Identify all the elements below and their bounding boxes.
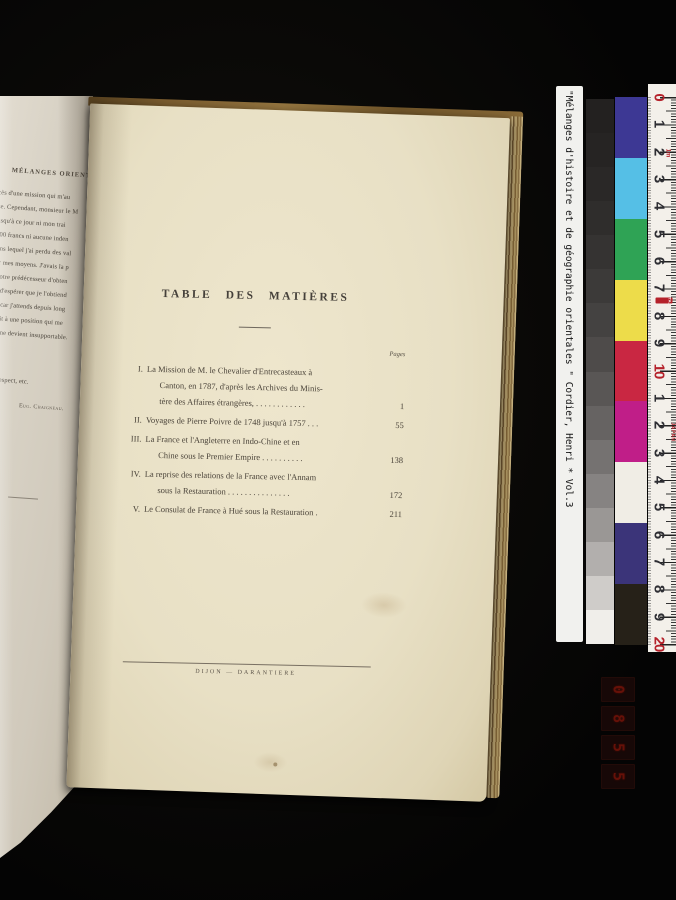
counter-cell: 5 xyxy=(601,764,635,789)
ruler-number: 8 xyxy=(650,307,668,324)
color-patch xyxy=(615,341,647,402)
ruler-brand-label: TAJIMA xyxy=(656,298,673,304)
color-strip xyxy=(615,97,647,645)
ruler-meter-label: 1m xyxy=(664,149,670,158)
gray-step xyxy=(586,542,614,576)
color-patch xyxy=(615,219,647,280)
toc-entry-text: Le Consulat de France à Hué sous la Rest… xyxy=(144,501,376,522)
ruler-numbers: 01234567891012345678920 xyxy=(648,84,676,652)
gray-step xyxy=(586,610,614,644)
ruler-number: 5 xyxy=(650,225,668,242)
color-patch xyxy=(615,462,647,523)
toc-entry-page: 172 xyxy=(376,487,402,504)
toc-entry-page: 211 xyxy=(376,506,402,523)
toc-entry-numeral: IV. xyxy=(123,465,145,481)
vertical-label-strip: "Mélanges d'histoire et de géographie or… xyxy=(556,86,583,642)
gray-step xyxy=(586,440,614,474)
gray-step xyxy=(586,406,614,440)
gray-step xyxy=(586,303,614,337)
counter-digit: 0 xyxy=(607,677,630,702)
gray-step xyxy=(586,99,614,133)
ruler-number: 9 xyxy=(650,608,668,625)
toc-entry: III.La France et l'Angleterre en Indo-Ch… xyxy=(123,430,404,468)
ruler: 01234567891012345678920 1m TAJIMA JAPAN xyxy=(648,84,676,652)
toc-entry-text: La reprise des relations de la France av… xyxy=(144,466,377,503)
toc-entry: V.Le Consulat de France à Hué sous la Re… xyxy=(122,500,402,522)
imprint-rule xyxy=(123,661,371,667)
color-patch xyxy=(615,584,647,645)
pages-column-header: Pages xyxy=(125,345,405,358)
color-patch xyxy=(615,97,647,158)
printer-imprint: DIJON — DARANTIERE xyxy=(74,666,418,679)
ruler-number: 3 xyxy=(650,171,668,188)
frame-counter: 0855 xyxy=(601,677,635,793)
counter-cell: 0 xyxy=(601,677,635,702)
recto-text-block: TABLE DES MATIÈRES Pages I.La Mission de… xyxy=(71,106,505,799)
ruler-number: 5 xyxy=(650,499,668,516)
gray-step xyxy=(586,269,614,303)
ruler-number: 2 xyxy=(650,417,668,434)
gray-step xyxy=(586,235,614,269)
toc-entry-page: 55 xyxy=(378,417,404,434)
toc-entry-line: Voyages de Pierre Poivre de 1748 jusqu'à… xyxy=(146,412,378,433)
toc-entry-page: 1 xyxy=(378,398,404,415)
vertical-label-text: "Mélanges d'histoire et de géographie or… xyxy=(556,90,580,638)
toc-entry-page: 138 xyxy=(377,452,403,469)
page-title: TABLE DES MATIÈRES xyxy=(81,286,429,305)
counter-digit: 5 xyxy=(607,764,630,789)
gray-step xyxy=(586,372,614,406)
gray-step xyxy=(586,201,614,235)
ruler-number: 8 xyxy=(650,581,668,598)
color-patch xyxy=(615,158,647,219)
toc-entry-numeral: III. xyxy=(123,430,145,446)
ruler-number: 1 xyxy=(650,389,668,406)
toc-entry-numeral: I. xyxy=(125,360,147,376)
toc-list: I.La Mission de M. le Chevalier d'Entrec… xyxy=(122,360,405,525)
gray-step xyxy=(586,576,614,610)
ruler-number: 10 xyxy=(650,362,668,379)
color-patch xyxy=(615,523,647,584)
grayscale-strip xyxy=(586,99,614,644)
toc-entry: IV.La reprise des relations de la France… xyxy=(122,465,403,503)
counter-digit: 5 xyxy=(607,735,630,760)
recto-page-wrap: TABLE DES MATIÈRES Pages I.La Mission de… xyxy=(66,104,510,802)
counter-digit: 8 xyxy=(607,706,630,731)
gray-step xyxy=(586,133,614,167)
counter-cell: 8 xyxy=(601,706,635,731)
ruler-number: 6 xyxy=(650,526,668,543)
ruler-number: 4 xyxy=(650,198,668,215)
counter-cell: 5 xyxy=(601,735,635,760)
ruler-number: 1 xyxy=(650,116,668,133)
scanned-book-photo: MÉLANGES ORIENTAUX succès d'une mission … xyxy=(0,0,676,900)
toc-entry-line: Le Consulat de France à Hué sous la Rest… xyxy=(144,501,376,522)
toc-entry-text: La France et l'Angleterre en Indo-Chine … xyxy=(145,431,378,468)
title-divider-rule xyxy=(239,327,271,329)
toc-entry-numeral: V. xyxy=(122,500,144,516)
gray-step xyxy=(586,337,614,371)
toc-entry: I.La Mission de M. le Chevalier d'Entrec… xyxy=(124,360,405,414)
color-patch xyxy=(615,401,647,462)
ruler-number: 9 xyxy=(650,335,668,352)
ruler-number: 7 xyxy=(650,280,668,297)
gray-step xyxy=(586,167,614,201)
ruler-number: 7 xyxy=(650,553,668,570)
ruler-number: 6 xyxy=(650,253,668,270)
gray-step xyxy=(586,508,614,542)
ruler-number: 20 xyxy=(650,636,668,653)
ruler-number: 3 xyxy=(650,444,668,461)
gray-step xyxy=(586,474,614,508)
toc-entry: II.Voyages de Pierre Poivre de 1748 jusq… xyxy=(124,411,404,433)
ruler-japan-label: JAPAN xyxy=(670,422,676,441)
toc-entry-text: Voyages de Pierre Poivre de 1748 jusqu'à… xyxy=(146,412,378,433)
recto-page: TABLE DES MATIÈRES Pages I.La Mission de… xyxy=(66,104,510,802)
toc-entry-numeral: II. xyxy=(124,411,146,427)
color-patch xyxy=(615,280,647,341)
toc-entry-text: La Mission de M. le Chevalier d'Entrecas… xyxy=(146,361,379,414)
ruler-number: 0 xyxy=(650,89,668,106)
ruler-number: 4 xyxy=(650,471,668,488)
